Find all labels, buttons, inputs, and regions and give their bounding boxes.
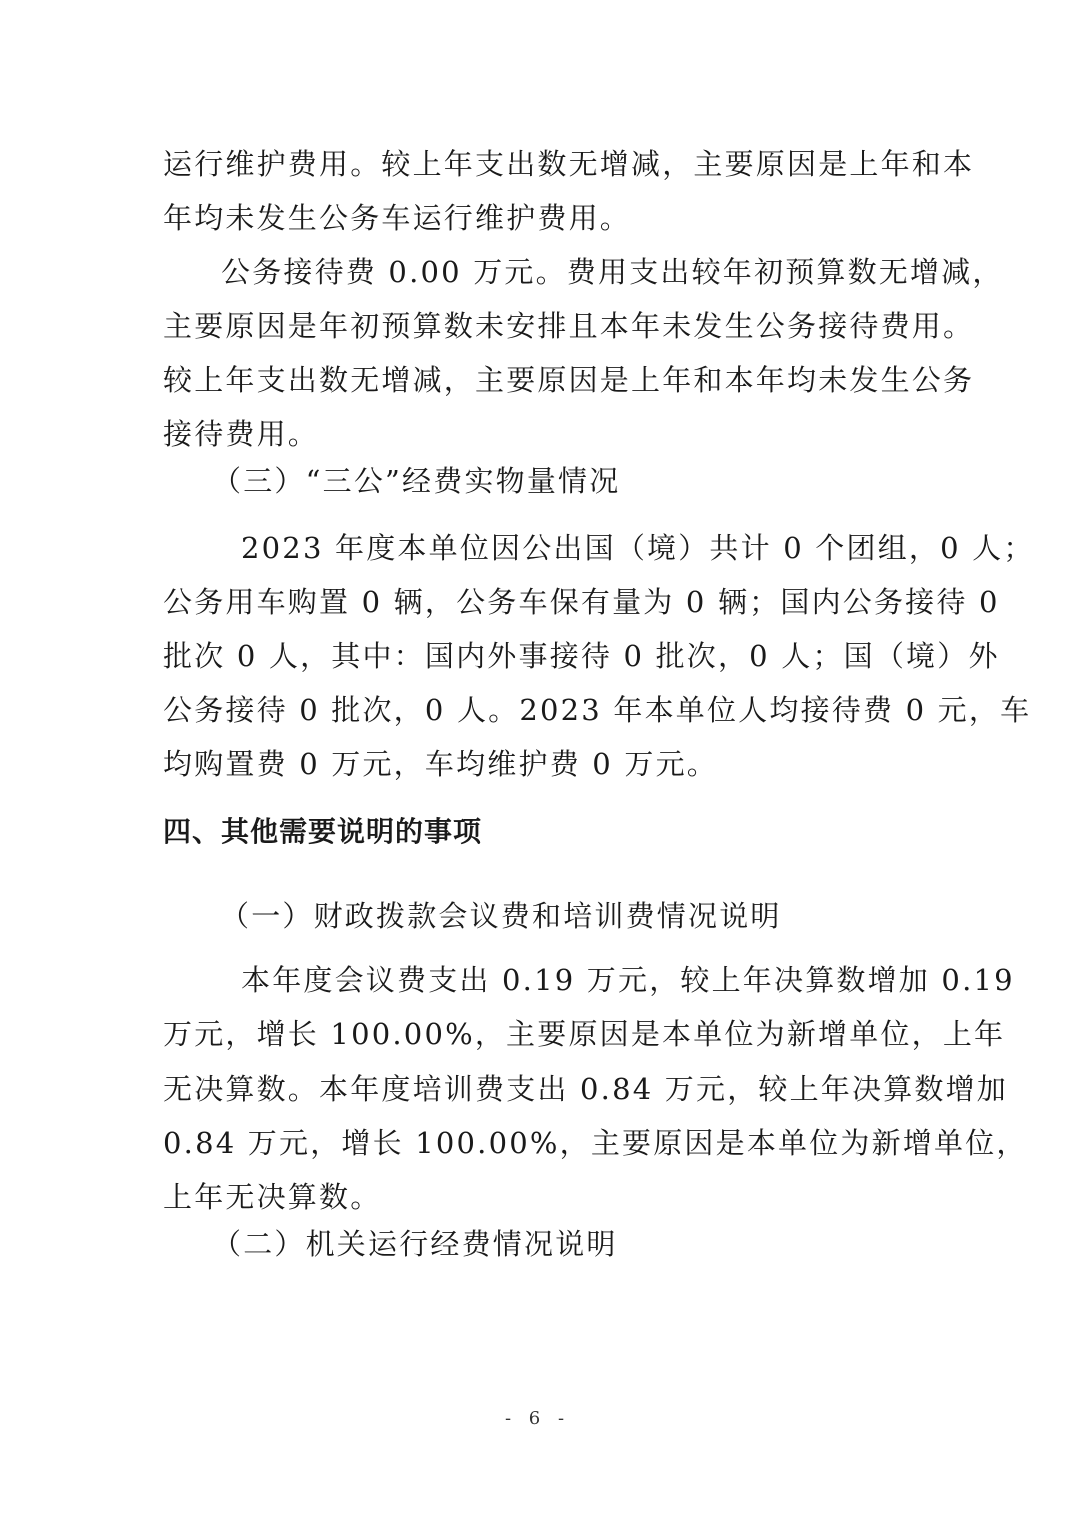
paragraph-line: 上年无决算数。 [163, 1179, 381, 1215]
paragraph-line: 无决算数。本年度培训费支出 0.84 万元，较上年决算数增加 [163, 1071, 1008, 1107]
paragraph-line: 均购置费 0 万元，车均维护费 0 万元。 [163, 746, 718, 782]
paragraph-line: 2023 年度本单位因公出国（境）共计 0 个团组，0 人； [241, 530, 1035, 566]
paragraph-line: 公务接待 0 批次，0 人。2023 年本单位人均接待费 0 元，车 [163, 692, 1031, 728]
paragraph-line: 较上年支出数无增减，主要原因是上年和本年均未发生公务 [163, 362, 974, 398]
paragraph-line: 万元，增长 100.00%，主要原因是本单位为新增单位，上年 [163, 1016, 1005, 1052]
paragraph-line: 公务用车购置 0 辆，公务车保有量为 0 辆；国内公务接待 0 [163, 584, 1000, 620]
subsection-heading: （三）“三公”经费实物量情况 [212, 463, 620, 499]
paragraph-line: 主要原因是年初预算数未安排且本年未发生公务接待费用。 [163, 308, 974, 344]
page-number: - 6 - [0, 1408, 1075, 1429]
paragraph-line: 接待费用。 [163, 416, 319, 452]
paragraph-line: 批次 0 人，其中：国内外事接待 0 批次，0 人；国（境）外 [163, 638, 1000, 674]
section-heading: 四、其他需要说明的事项 [163, 814, 482, 850]
paragraph-line: 本年度会议费支出 0.19 万元，较上年决算数增加 0.19 [241, 962, 1015, 998]
paragraph-line: 运行维护费用。较上年支出数无增减，主要原因是上年和本 [163, 146, 974, 182]
paragraph-line: 0.84 万元，增长 100.00%，主要原因是本单位为新增单位， [163, 1125, 1028, 1161]
subsection-heading: （二）机关运行经费情况说明 [212, 1226, 618, 1262]
paragraph-line: 公务接待费 0.00 万元。费用支出较年初预算数无增减， [221, 254, 1004, 290]
paragraph-line: 年均未发生公务车运行维护费用。 [163, 200, 631, 236]
subsection-heading: （一）财政拨款会议费和培训费情况说明 [220, 898, 782, 934]
